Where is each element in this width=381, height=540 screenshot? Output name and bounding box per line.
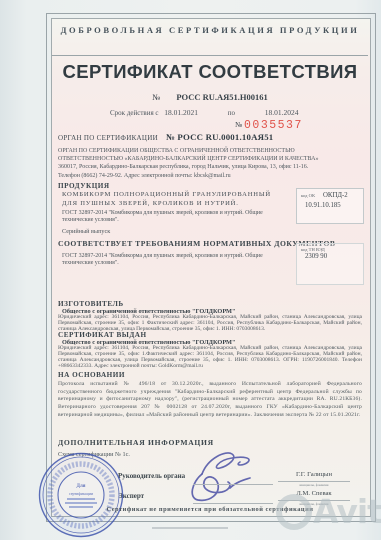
- blank-number-row: № 0035537: [235, 119, 303, 132]
- certification-body-number: № РОСС RU.0001.10АЯ51: [166, 132, 273, 142]
- product-serial: Серийный выпуск: [62, 228, 110, 235]
- manufacturer-section-label: ИЗГОТОВИТЕЛЬ: [58, 300, 124, 308]
- okpd-code-name: ОКПД-2: [323, 192, 348, 199]
- certification-body-label: ОРГАН ПО СЕРТИФИКАЦИИ: [58, 134, 158, 142]
- stamp-center-line-1: Для: [38, 484, 124, 489]
- compliance-section-label: СООТВЕТСТВУЕТ ТРЕБОВАНИЯМ НОРМАТИВНЫХ ДО…: [58, 239, 335, 248]
- issued-section-label: СЕРТИФИКАТ ВЫДАН: [58, 331, 147, 339]
- compliance-line-2: технические условия".: [62, 260, 119, 266]
- avito-logo-ring: [276, 494, 312, 530]
- head-signature-line: [193, 484, 273, 485]
- blank-number-label: №: [235, 120, 242, 129]
- stamp-center-line-2: сертификации: [38, 491, 124, 496]
- product-section-label: ПРОДУКЦИЯ: [58, 182, 110, 190]
- certification-body-row: ОРГАН ПО СЕРТИФИКАЦИИ№ РОСС RU.0001.10АЯ…: [58, 132, 358, 142]
- head-name: Г.Г. Галицын: [278, 471, 350, 478]
- product-line-2: ДЛЯ ПУШНЫХ ЗВЕРЕЙ, КРОЛИКОВ И НУТРИЙ.: [62, 200, 239, 207]
- additional-info-label: ДОПОЛНИТЕЛЬНАЯ ИНФОРМАЦИЯ: [58, 438, 214, 447]
- band-divider: [52, 55, 368, 56]
- compliance-line-1: ГОСТ 32897-2014 "Комбикорма для пушных з…: [62, 253, 263, 259]
- stamp-text-bar: [67, 498, 95, 500]
- okpd-code-box: код ОК ОКПД-2 10.91.10.185: [296, 188, 364, 224]
- valid-to-label: по: [228, 109, 235, 117]
- tnved-code-label: код ТН ВЭД: [301, 247, 325, 252]
- certificate-title: СЕРТИФИКАТ СООТВЕТСТВИЯ: [52, 61, 368, 83]
- avito-watermark: Avito: [276, 492, 381, 531]
- basis-text: Протокола испытаний № 496/18 от 30.12.20…: [58, 381, 362, 420]
- stamp-text-bar: [65, 502, 97, 504]
- head-name-sublabel: инициалы, фамилия: [278, 483, 350, 487]
- valid-to-date: 18.01.2024: [265, 108, 299, 117]
- head-role-label: Руководитель органа: [118, 472, 185, 480]
- certificate-number-row: №РОСС RU.АЯ51.Н00161: [52, 92, 368, 102]
- org-line-2: ОТВЕТСТВЕННОСТЬЮ «КАБАРДИНО-БАЛКАРСКИЙ Ц…: [58, 155, 358, 163]
- validity-row: Срок действия с 18.01.2021 по 18.01.2024: [110, 108, 360, 117]
- product-line-1: КОМБИКОРМ ПОЛНОРАЦИОННЫЙ ГРАНУЛИРОВАННЫЙ: [62, 191, 271, 198]
- product-line-3: ГОСТ 32897-2014 "Комбикорма для пушных з…: [62, 210, 263, 216]
- certificate-number: РОСС RU.АЯ51.Н00161: [176, 92, 267, 102]
- tnved-code-box: код ТН ВЭД 2309 90: [296, 243, 364, 285]
- product-line-4: технические условия".: [62, 217, 119, 223]
- certificate-scan: ДОБРОВОЛЬНАЯ СЕРТИФИКАЦИЯ ПРОДУКЦИИ СЕРТ…: [0, 0, 381, 540]
- certification-body-details: ОРГАН ПО СЕРТИФИКАЦИИ ОБЩЕСТВА С ОГРАНИЧ…: [58, 147, 358, 180]
- fine-print-line: [152, 527, 228, 529]
- org-line-1: ОРГАН ПО СЕРТИФИКАЦИИ ОБЩЕСТВА С ОГРАНИЧ…: [58, 147, 358, 155]
- expert-signature-line: [193, 503, 273, 504]
- avito-watermark-text: Avito: [313, 492, 381, 531]
- head-name-line: [278, 481, 350, 482]
- validity-label: Срок действия с: [110, 109, 159, 117]
- issued-details: Юридический адрес: 361104, Россия, Респу…: [58, 346, 362, 370]
- valid-from-date: 18.01.2021: [164, 108, 198, 117]
- certificate-number-label: №: [152, 92, 160, 102]
- basis-section-label: НА ОСНОВАНИИ: [58, 371, 125, 379]
- okpd-code-value: 10.91.10.185: [305, 202, 341, 209]
- org-line-4: Телефон (8662) 74-29-92. Адрес электронн…: [58, 172, 358, 180]
- band-title: ДОБРОВОЛЬНАЯ СЕРТИФИКАЦИЯ ПРОДУКЦИИ: [60, 25, 360, 35]
- okpd-code-label: код ОК: [301, 193, 315, 198]
- round-stamp: Для сертификации: [38, 452, 124, 538]
- org-line-3: 360017, Россия, Кабардино-Балкарская рес…: [58, 163, 358, 171]
- blank-number: 0035537: [244, 119, 303, 132]
- tnved-code-value: 2309 90: [305, 253, 327, 260]
